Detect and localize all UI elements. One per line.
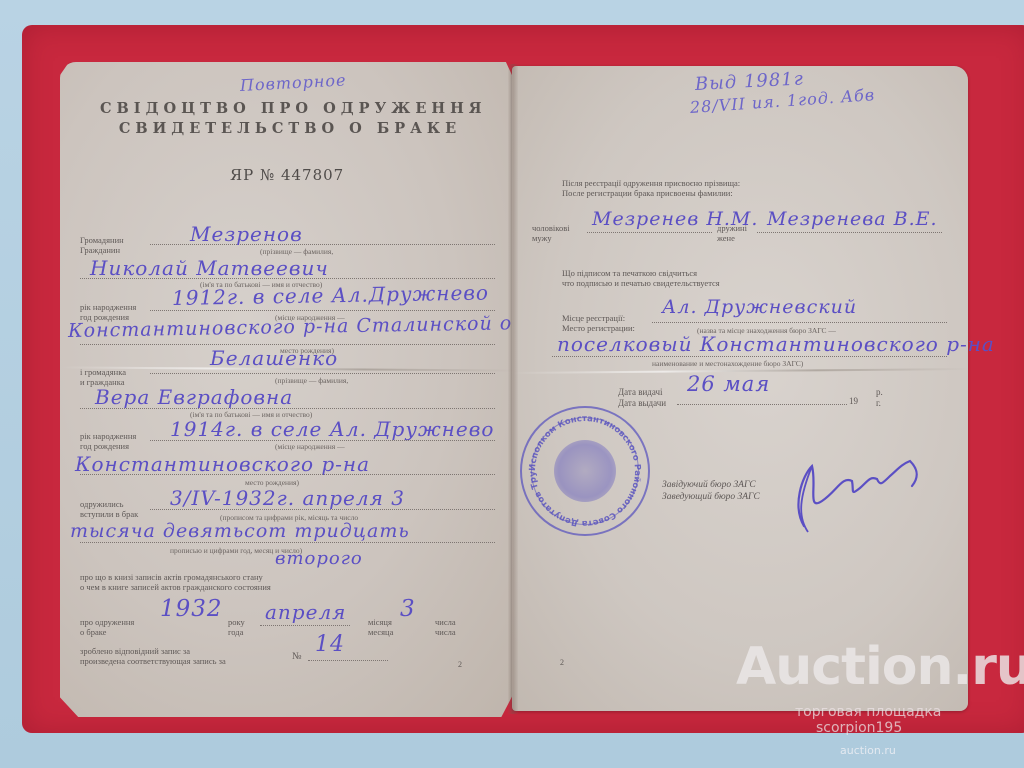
bride-name-line — [80, 408, 495, 409]
watermark-site: auction.ru — [840, 744, 896, 757]
entry-number-line — [308, 660, 388, 661]
watermark-seller: scorpion195 — [816, 720, 902, 736]
groom-surname-hint: (прізвище — фамилия, — [260, 247, 333, 256]
marriage-date-words-2: второго — [275, 548, 363, 569]
surnames-label-ru: После регистрации брака присвоены фамили… — [562, 188, 733, 198]
issue-year-prefix: 19 — [849, 396, 858, 406]
certificate-left-page: Повторное СВІДОЦТВО ПРО ОДРУЖЕННЯ СВИДЕТ… — [60, 62, 515, 717]
record-text-ru: о чем в книге записей актов гражданского… — [80, 582, 271, 592]
issue-date: 26 мая — [687, 372, 770, 396]
record-month-line — [260, 625, 350, 626]
marriage-date-line — [150, 509, 495, 510]
handwritten-repeat-note: Повторное — [240, 70, 347, 95]
entry-number-label: № — [292, 652, 302, 662]
registration-place-line — [652, 322, 947, 323]
bride-name-patronymic: Вера Евграфовна — [95, 385, 293, 409]
certify-text-ru: что подписью и печатью свидетельствуется — [562, 278, 720, 288]
bride-birth-year-place: 1914г. в селе Ал. Дружнево — [170, 417, 494, 441]
year-label-ru: года — [228, 627, 243, 637]
bride-birth-place-line — [80, 474, 495, 475]
serial-number: ЯР № 447807 — [230, 166, 344, 184]
groom-birth-place-line — [80, 344, 495, 345]
year-label-uk: року — [228, 617, 245, 627]
title-ukrainian: СВІДОЦТВО ПРО ОДРУЖЕННЯ — [100, 100, 480, 117]
groom-label-uk: Громадянин — [80, 235, 124, 245]
groom-birth-place: Константиновского р-на Сталинской обл. — [68, 312, 545, 342]
month-label-ru: месяца — [368, 627, 393, 637]
marriage-date-written: 3/IV-1932г. апреля 3 — [170, 486, 405, 510]
wife-surname-line — [757, 232, 942, 233]
issue-date-label-uk: Дата видачі — [618, 387, 663, 397]
certify-text-uk: Що підписом та печаткою свідчиться — [562, 268, 697, 278]
entry-label-uk: зроблено відповідний запис за — [80, 646, 190, 656]
bride-surname-line — [150, 373, 495, 374]
watermark-subtitle: торговая площадка — [795, 704, 941, 720]
about-marriage-label-ru: о браке — [80, 627, 106, 637]
head-label-ru: Заведующий бюро ЗАГС — [662, 492, 760, 502]
wife-label-uk: дружині — [717, 223, 747, 233]
stamp-ring-text: Исполком Константиновского Районного Сов… — [522, 408, 648, 534]
title-russian: СВИДЕТЕЛЬСТВО О БРАКЕ — [100, 120, 480, 137]
center-fold — [508, 64, 518, 714]
wife-surname: Мезренева В.Е. — [767, 208, 938, 230]
record-day: 3 — [400, 596, 416, 622]
surnames-label-uk: Після реєстрації одруження присвоєно прі… — [562, 178, 740, 188]
bride-birth-line — [150, 440, 495, 441]
groom-name-patronymic: Николай Матвеевич — [90, 256, 329, 280]
about-marriage-label-uk: про одруження — [80, 617, 134, 627]
husband-label-uk: чоловікові — [532, 223, 570, 233]
month-label-uk: місяця — [368, 617, 392, 627]
husband-surname-line — [587, 232, 712, 233]
watermark-brand: Auction.ru — [736, 637, 1024, 697]
bride-surname: Белашенко — [210, 346, 338, 370]
record-month: апреля — [265, 600, 346, 624]
issue-date-label-ru: Дата выдачи — [618, 398, 666, 408]
registrar-signature — [782, 446, 932, 536]
day-label-uk: числа — [435, 617, 456, 627]
issue-date-line — [677, 404, 847, 405]
registration-hint-ru: наименование и местонахождение бюро ЗАГС… — [652, 359, 803, 368]
groom-birth-year-label-uk: рік народження — [80, 302, 136, 312]
record-year: 1932 — [160, 596, 223, 622]
day-label-ru: числа — [435, 627, 456, 637]
groom-surname: Мезренов — [190, 222, 303, 246]
bride-birth-place-hint-uk: (місце народження — — [275, 442, 345, 451]
fold-crease — [60, 366, 515, 371]
wife-label-ru: жене — [717, 233, 735, 243]
bride-birth-year-label-ru: год рождения — [80, 441, 129, 451]
bride-birth-year-label-uk: рік народження — [80, 431, 136, 441]
issue-year-suffix-ru: г. — [876, 398, 881, 408]
groom-name-line — [80, 278, 495, 279]
page-number-right: 2 — [560, 658, 564, 667]
groom-birth-year-place: 1912г. в селе Ал.Дружнево — [172, 280, 489, 310]
page-number-left: 2 — [458, 660, 462, 669]
svg-text:Исполком Константиновского Рай: Исполком Константиновского Районного Сов… — [522, 408, 642, 528]
registration-place: Ал. Дружневский — [662, 296, 857, 318]
serial-value: 447807 — [281, 166, 344, 184]
record-text-uk: про що в книзі записів актів громадянськ… — [80, 572, 263, 582]
groom-birth-line — [150, 310, 495, 311]
issue-year-suffix-uk: р. — [876, 387, 883, 397]
registration-place-label-uk: Місце реєстрації: — [562, 313, 625, 323]
entry-number: 14 — [315, 632, 345, 657]
official-stamp: Исполком Константиновского Районного Сов… — [520, 406, 650, 536]
marriage-words-line — [80, 542, 495, 543]
bride-surname-hint: (прізвище — фамилия, — [275, 376, 348, 385]
registration-place-line2: поселковый Константиновского р-на — [557, 332, 995, 356]
head-label-uk: Завідуючий бюро ЗАГС — [662, 480, 756, 490]
groom-label-ru: Гражданин — [80, 245, 120, 255]
entry-label-ru: произведена соответствующая запись за — [80, 656, 226, 666]
registration-line2 — [552, 356, 947, 357]
certificate-right-page: Выд 1981г 28/VII ия. 1год. Абв Після реє… — [512, 66, 968, 711]
married-label-ru: вступили в брак — [80, 509, 138, 519]
bride-birth-place: Константиновского р-на — [75, 452, 370, 476]
husband-label-ru: мужу — [532, 233, 552, 243]
marriage-date-words: тысяча девятьсот тридцать — [70, 520, 410, 542]
serial-label: ЯР № — [230, 166, 275, 184]
married-label-uk: одружились — [80, 499, 123, 509]
